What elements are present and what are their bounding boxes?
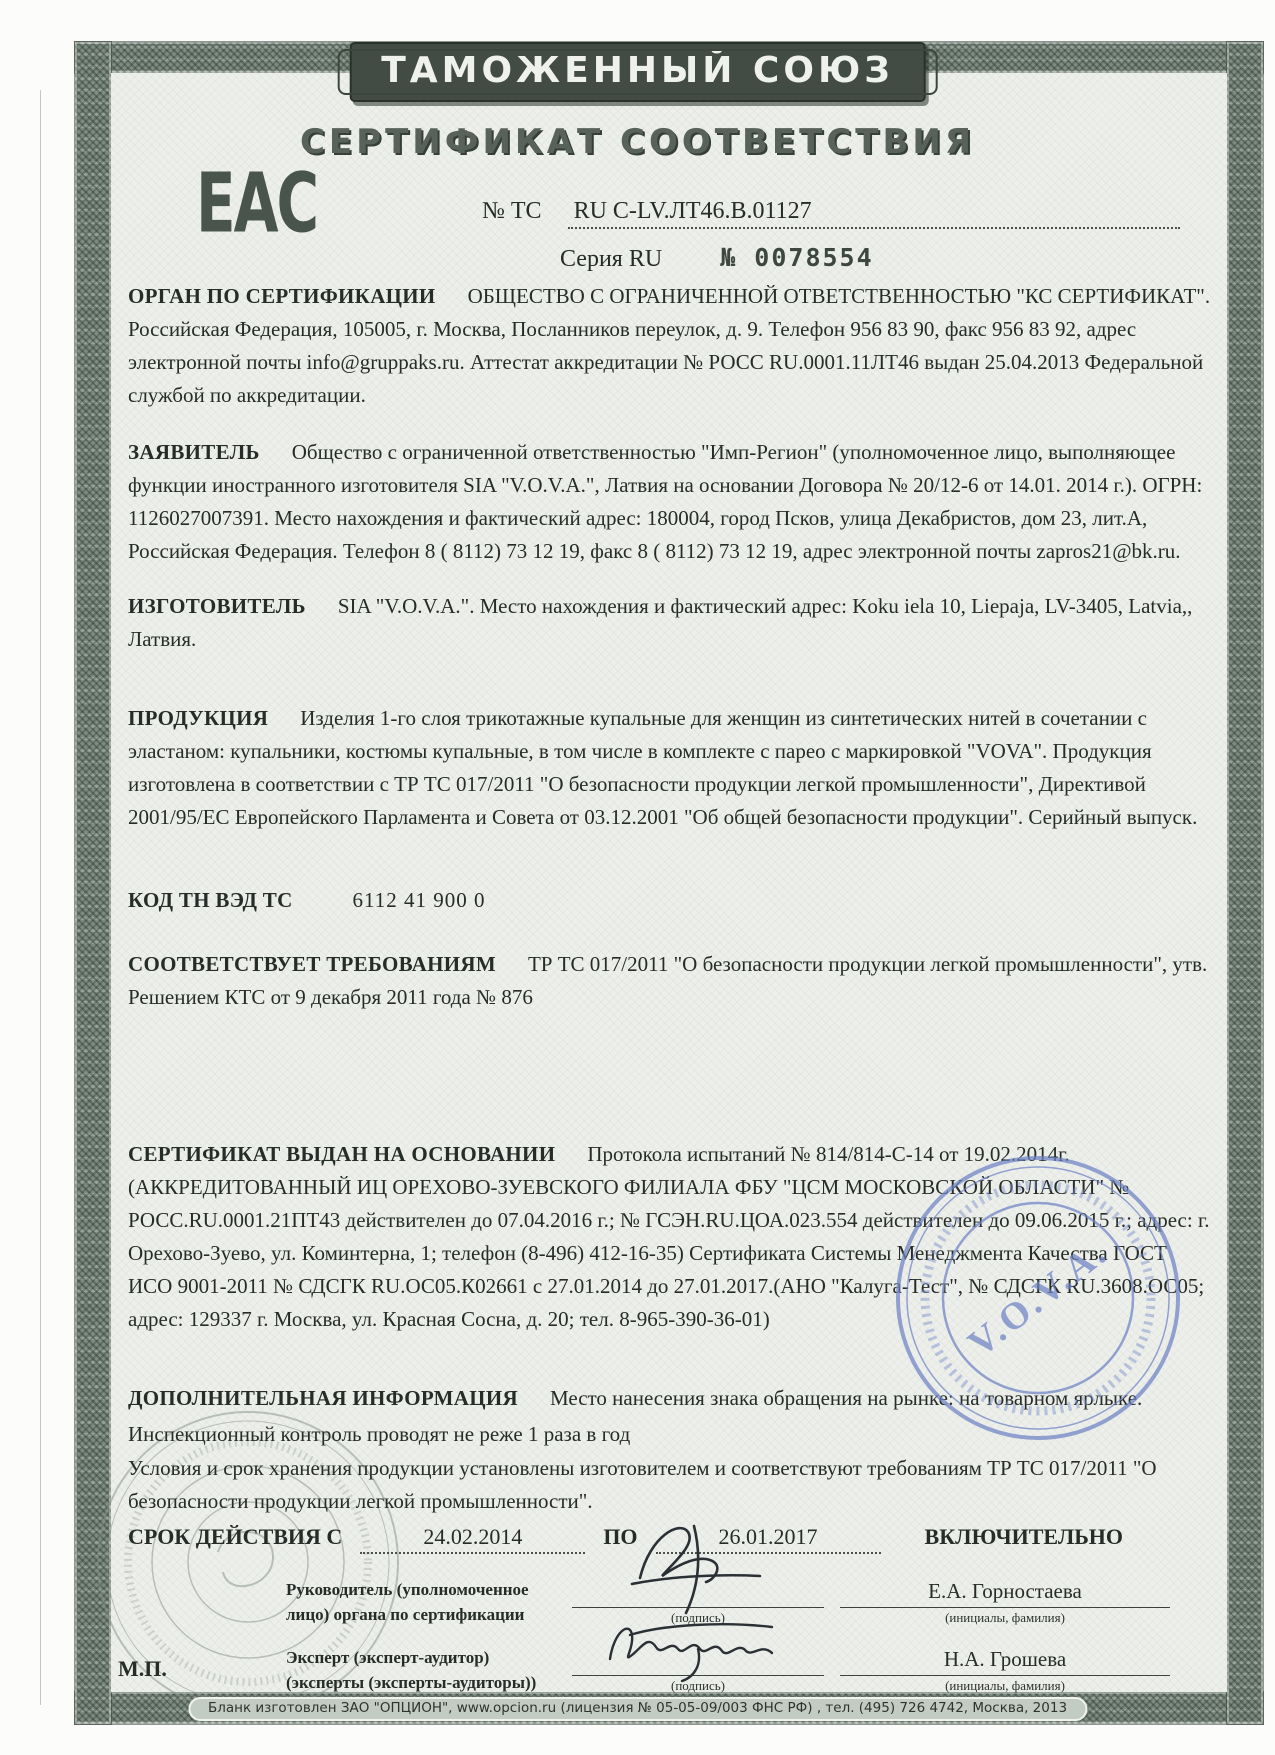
section-label: СООТВЕТСТВУЕТ ТРЕБОВАНИЯМ [128, 952, 496, 976]
section-label: ИЗГОТОВИТЕЛЬ [128, 594, 306, 618]
seal-place-label: М.П. [118, 1656, 167, 1682]
border-band-right [1227, 42, 1263, 1724]
signer-name: Н.А. Грошева [840, 1647, 1170, 1676]
section-label: ДОПОЛНИТЕЛЬНАЯ ИНФОРМАЦИЯ [128, 1386, 518, 1410]
validity-label: СРОК ДЕЙСТВИЯ С [128, 1524, 342, 1550]
signer-role-line2: (эксперты (эксперты-аудиторы)) [286, 1671, 554, 1696]
series-number: № 0078554 [720, 243, 873, 272]
series-label: Серия RU [560, 246, 662, 272]
scan-artifact-line [40, 90, 41, 1705]
certificate-number-label: № ТС [482, 198, 542, 224]
section-label: ЗАЯВИТЕЛЬ [128, 440, 260, 464]
certificate-number-value: RU C-LV.ЛТ46.В.01127 [568, 198, 1180, 229]
section-text: Протокола испытаний № 814/814-С-14 от 19… [128, 1142, 1209, 1331]
section-certification-body: ОРГАН ПО СЕРТИФИКАЦИИОБЩЕСТВО С ОГРАНИЧЕ… [128, 280, 1214, 412]
section-text: Место нанесения знака обращения на рынке… [550, 1386, 1142, 1410]
signer-role-line2: лицо) органа по сертификации [286, 1603, 554, 1628]
signature-2 [602, 1611, 802, 1681]
certificate-page: ТАМОЖЕННЫЙ СОЮЗ СЕРТИФИКАТ СООТВЕТСТВИЯ … [0, 0, 1275, 1755]
certificate-title: СЕРТИФИКАТ СООТВЕТСТВИЯ [0, 122, 1275, 162]
blank-manufacturer-footer: Бланк изготовлен ЗАО "ОПЦИОН", www.opcio… [188, 1697, 1087, 1721]
section-manufacturer: ИЗГОТОВИТЕЛЬSIA "V.O.V.A.". Место нахожд… [128, 590, 1214, 656]
validity-from-date: 24.02.2014 [360, 1524, 585, 1554]
signer-name-caption: (инициалы, фамилия) [840, 1676, 1170, 1696]
signer-role-line1: Руководитель (уполномоченное [286, 1578, 554, 1603]
section-tnved-code: КОД ТН ВЭД ТС6112 41 900 0 [128, 884, 1214, 917]
customs-union-banner: ТАМОЖЕННЫЙ СОЮЗ [349, 42, 926, 102]
section-text: Общество с ограниченной ответственностью… [128, 440, 1202, 563]
border-band-left [75, 42, 111, 1724]
section-text: Изделия 1-го слоя трикотажные купальные … [128, 706, 1197, 829]
signer-name: Е.А. Горностаева [840, 1579, 1170, 1608]
series-row: Серия RU№ 0078554 [560, 243, 874, 273]
signer-name-field: Е.А. Горностаева (инициалы, фамилия) [840, 1579, 1170, 1628]
section-products: ПРОДУКЦИЯИзделия 1-го слоя трикотажные к… [128, 702, 1214, 834]
section-label: ПРОДУКЦИЯ [128, 706, 268, 730]
section-additional-info: ДОПОЛНИТЕЛЬНАЯ ИНФОРМАЦИЯМесто нанесения… [128, 1382, 1214, 1415]
section-label: СЕРТИФИКАТ ВЫДАН НА ОСНОВАНИИ [128, 1142, 555, 1166]
validity-inclusive-label: ВКЛЮЧИТЕЛЬНО [925, 1524, 1123, 1550]
signer-role: Руководитель (уполномоченное лицо) орган… [286, 1578, 554, 1627]
signature-1 [602, 1518, 792, 1613]
eac-logo: EAC [196, 162, 317, 244]
signer-name-caption: (инициалы, фамилия) [840, 1608, 1170, 1628]
additional-info-line2: Инспекционный контроль проводят не реже … [128, 1418, 1214, 1451]
signer-role-line1: Эксперт (эксперт-аудитор) [286, 1646, 554, 1671]
section-label: ОРГАН ПО СЕРТИФИКАЦИИ [128, 284, 436, 308]
additional-info-line3: Условия и срок хранения продукции устано… [128, 1452, 1214, 1518]
section-issued-on-basis: СЕРТИФИКАТ ВЫДАН НА ОСНОВАНИИПротокола и… [128, 1138, 1214, 1336]
signer-role: Эксперт (эксперт-аудитор) (эксперты (экс… [286, 1646, 554, 1695]
section-label: КОД ТН ВЭД ТС [128, 888, 293, 912]
signature-row-expert: Эксперт (эксперт-аудитор) (эксперты (экс… [286, 1646, 1170, 1695]
section-compliance: СООТВЕТСТВУЕТ ТРЕБОВАНИЯМТР ТС 017/2011 … [128, 948, 1214, 1014]
certificate-number-row: № ТСRU C-LV.ЛТ46.В.01127 [482, 198, 1180, 229]
signature-field: (подпись) [572, 1675, 824, 1696]
tnved-code-value: 6112 41 900 0 [353, 888, 486, 912]
section-applicant: ЗАЯВИТЕЛЬОбщество с ограниченной ответст… [128, 436, 1214, 568]
signer-name-field: Н.А. Грошева (инициалы, фамилия) [840, 1647, 1170, 1696]
